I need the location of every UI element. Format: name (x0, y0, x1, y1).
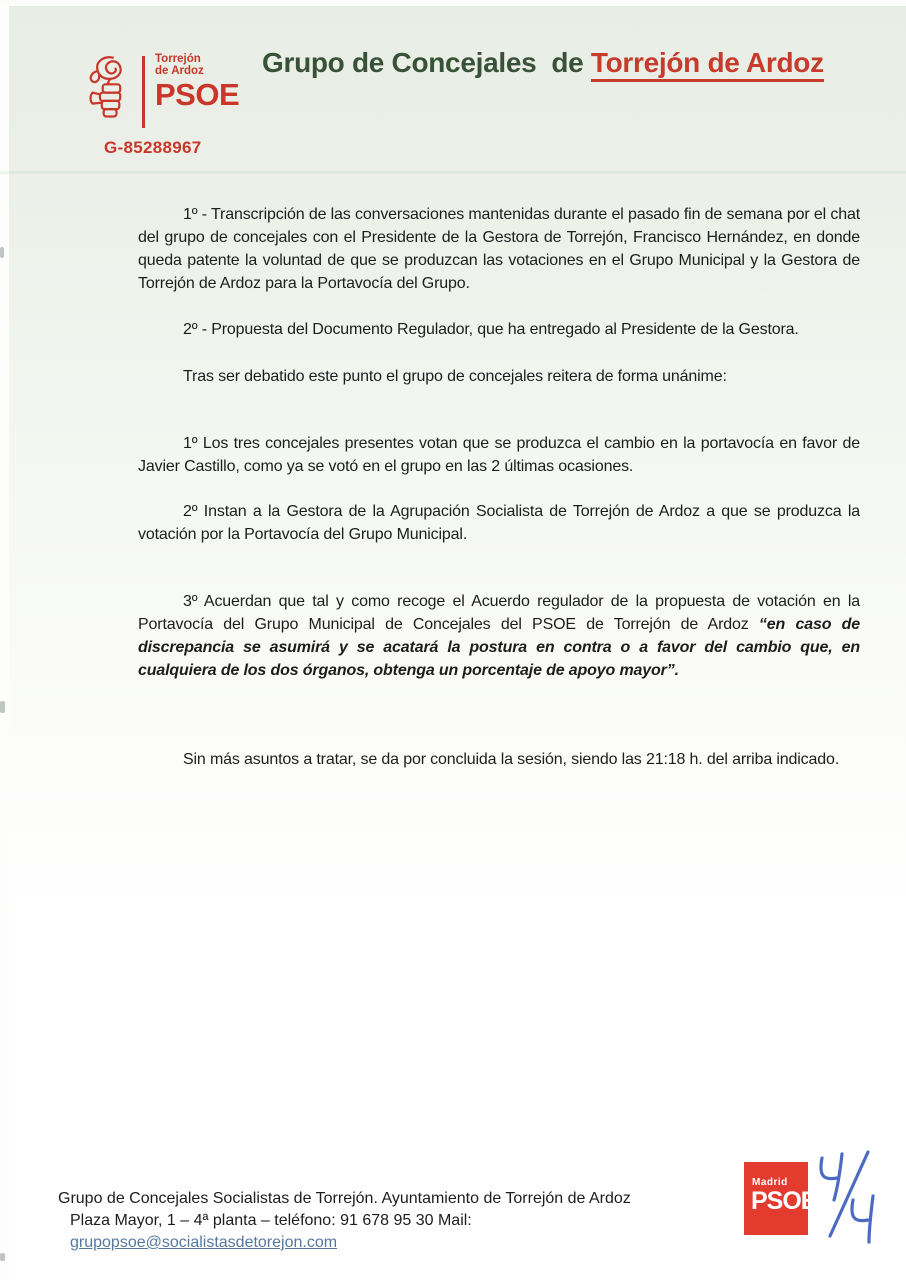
agreement-intro: 3º Acuerdan que tal y como recoge el Acu… (138, 593, 860, 633)
paragraph-vote1: 1º Los tres concejales presentes votan q… (138, 432, 860, 478)
registration-number: G-85288967 (104, 138, 202, 158)
handwritten-page-number (806, 1148, 891, 1253)
footer-line2: Plaza Mayor, 1 – 4ª planta – teléfono: 9… (58, 1210, 738, 1254)
paragraph-agreement: 3º Acuerdan que tal y como recoge el Acu… (138, 590, 860, 682)
scan-edge-artifact (0, 0, 9, 1280)
paragraph-item1: 1º - Transcripción de las conversaciones… (138, 203, 860, 295)
brand-party-label: PSOE (155, 80, 239, 110)
document-body: 1º - Transcripción de las conversaciones… (138, 203, 860, 771)
scan-speck-artifact (0, 1253, 5, 1261)
psoe-madrid-stamp: Madrid PSOE (744, 1162, 808, 1235)
brand-region-line1: Torrejón (155, 54, 239, 66)
page-title-prefix: Grupo de Concejales de (262, 47, 591, 78)
brand-divider (142, 56, 145, 128)
page-title-highlight: Torrejón de Ardoz (591, 47, 824, 82)
footer-address-phone: Plaza Mayor, 1 – 4ª planta – teléfono: 9… (70, 1212, 472, 1229)
letterhead-brand: Torrejón de Ardoz PSOE (88, 54, 239, 128)
scan-speck-artifact (0, 247, 4, 258)
scan-edge-artifact (0, 0, 906, 6)
scanned-document-page: Torrejón de Ardoz PSOE Grupo de Concejal… (0, 0, 906, 1280)
brand-region-line2: de Ardoz (155, 66, 239, 78)
paragraph-debate-note: Tras ser debatido este punto el grupo de… (138, 365, 860, 388)
paragraph-vote2: 2º Instan a la Gestora de la Agrupación … (138, 500, 860, 546)
scan-band-artifact (0, 171, 906, 174)
footer-line1: Grupo de Concejales Socialistas de Torre… (58, 1188, 738, 1210)
scan-speck-artifact (0, 701, 5, 713)
paragraph-item2: 2º - Propuesta del Documento Regulador, … (138, 318, 860, 341)
page-title: Grupo de Concejales de Torrejón de Ardoz (262, 47, 824, 79)
footer-contact-block: Grupo de Concejales Socialistas de Torre… (58, 1188, 738, 1254)
footer-email-link[interactable]: grupopsoe@socialistasdetorejon.com (70, 1234, 337, 1251)
paragraph-closing: Sin más asuntos a tratar, se da por conc… (138, 748, 860, 771)
psoe-rose-fist-icon (88, 54, 134, 127)
